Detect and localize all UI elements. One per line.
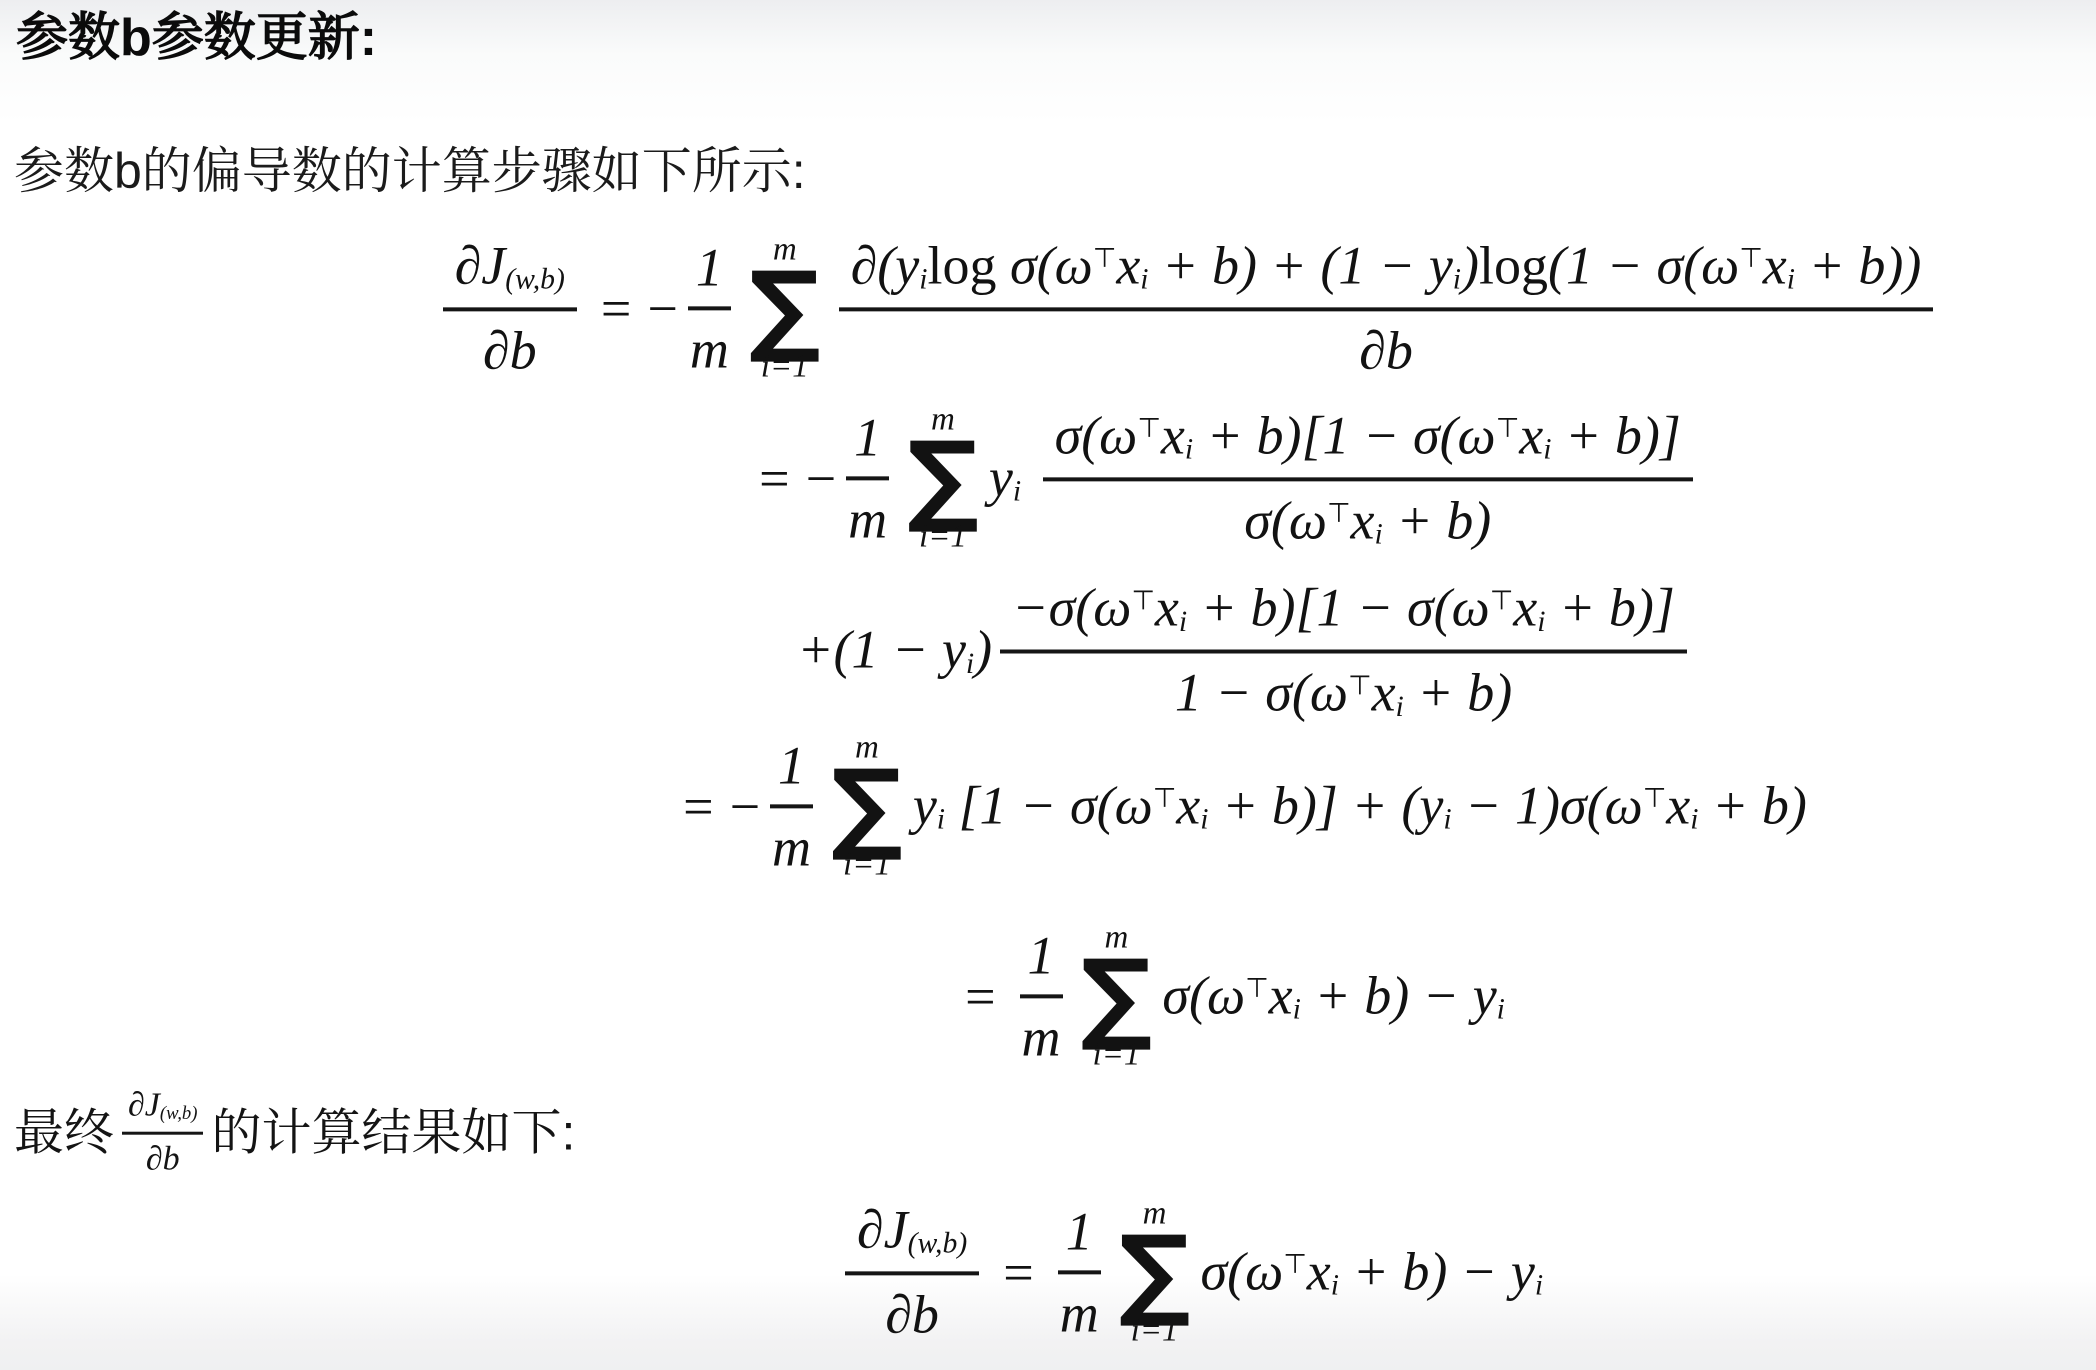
one-over-m-fraction: 1m — [1020, 924, 1063, 1068]
fraction-numerator: −σ(ω⊤xi + b)[1 − σ(ω⊤xi + b)] — [1000, 577, 1687, 654]
log-operator: log — [1479, 236, 1548, 296]
sigmoid-ratio-fraction: −σ(ω⊤xi + b)[1 − σ(ω⊤xi + b)]1 − σ(ω⊤xi … — [1000, 577, 1687, 724]
fraction-numerator: 1 — [688, 236, 731, 310]
summation-lower-limit: i=1 — [919, 519, 967, 554]
simplified-expression: yi [1 − σ(ω⊤xi + b)] + (yi − 1)σ(ω⊤xi + … — [913, 775, 1807, 838]
equation-line-2: = − 1m m∑i=1 yi σ(ω⊤xi + b)[1 − σ(ω⊤xi +… — [174, 402, 2096, 553]
lhs-derivative-fraction: ∂J(w,b)∂b — [443, 235, 577, 382]
summation-lower-limit: i=1 — [1131, 1313, 1179, 1348]
fraction-denominator: 1 − σ(ω⊤xi + b) — [1175, 653, 1512, 724]
math-text: ∂(yi — [851, 236, 928, 296]
fraction-numerator: ∂J(w,b) — [845, 1199, 979, 1276]
equals-sign: = — [759, 447, 789, 509]
fraction-numerator: σ(ω⊤xi + b)[1 − σ(ω⊤xi + b)] — [1043, 405, 1693, 482]
one-over-m-fraction: 1m — [770, 734, 813, 878]
sigmoid-ratio-fraction: σ(ω⊤xi + b)[1 − σ(ω⊤xi + b)]σ(ω⊤xi + b) — [1043, 405, 1693, 552]
summation: m∑i=1 — [1119, 1196, 1191, 1347]
math-text: σ(ω⊤xi + b) + (1 − yi) — [997, 236, 1480, 296]
sigma-symbol: ∑ — [1119, 1231, 1191, 1313]
sigma-symbol: ∑ — [907, 437, 979, 519]
equation-line-4: = − 1m m∑i=1 yi [1 − σ(ω⊤xi + b)] + (yi … — [189, 730, 2096, 881]
final-note-line: 最终 ∂J(w,b)∂b 的计算结果如下: — [14, 1086, 575, 1181]
sigma-symbol: ∑ — [1081, 955, 1153, 1037]
equals-sign: = — [965, 965, 995, 1027]
one-over-m-fraction: 1m — [688, 236, 731, 380]
minus-sign: − — [730, 775, 760, 837]
fraction-numerator: 1 — [1058, 1200, 1101, 1274]
equals-sign: = — [1003, 1241, 1033, 1303]
fraction-denominator: m — [848, 480, 887, 550]
fraction-numerator: 1 — [1020, 924, 1063, 998]
inline-derivative-fraction: ∂J(w,b)∂b — [122, 1086, 203, 1181]
fraction-numerator: ∂J(w,b) — [443, 235, 577, 312]
fraction-denominator: m — [772, 808, 811, 878]
fraction-numerator: ∂J(w,b) — [122, 1086, 203, 1135]
minus-sign: − — [806, 447, 836, 509]
fraction-numerator: 1 — [846, 406, 889, 480]
slide-page: { "page": { "title": "参数b参数更新:", "intro"… — [0, 0, 2096, 1370]
fraction-denominator: m — [1022, 998, 1061, 1068]
summation: m∑i=1 — [749, 232, 821, 383]
equals-sign: = — [601, 277, 631, 339]
summation: m∑i=1 — [1081, 920, 1153, 1071]
note-suffix: 的计算结果如下: — [211, 1103, 575, 1163]
fraction-denominator: m — [690, 310, 729, 380]
partial-derivative-fraction: ∂(yilog σ(ω⊤xi + b) + (1 − yi)log(1 − σ(… — [839, 235, 1934, 382]
summation: m∑i=1 — [831, 730, 903, 881]
fraction-denominator: ∂b — [1359, 311, 1413, 381]
summation-lower-limit: i=1 — [761, 349, 809, 384]
one-minus-yi-term: +(1 − yi) — [797, 619, 992, 682]
final-equation: ∂J(w,b)∂b = 1m m∑i=1 σ(ω⊤xi + b) − yi — [142, 1196, 2096, 1347]
one-over-m-fraction: 1m — [846, 406, 889, 550]
fraction-denominator: ∂b — [146, 1135, 180, 1181]
log-operator: log — [928, 236, 997, 296]
fraction-numerator: 1 — [770, 734, 813, 808]
intro-text: 参数b的偏导数的计算步骤如下所示: — [14, 140, 806, 203]
note-prefix: 最终 — [14, 1103, 114, 1163]
equation-line-1: ∂J(w,b)∂b = − 1m m∑i=1 ∂(yilog σ(ω⊤xi + … — [140, 232, 2096, 383]
sigma-symbol: ∑ — [749, 267, 821, 349]
result-expression: σ(ω⊤xi + b) − yi — [1162, 965, 1505, 1028]
lhs-derivative-fraction: ∂J(w,b)∂b — [845, 1199, 979, 1346]
minus-sign: − — [647, 277, 677, 339]
fraction-denominator: ∂b — [483, 311, 537, 381]
fraction-denominator: σ(ω⊤xi + b) — [1244, 481, 1491, 552]
equation-line-5: = 1m m∑i=1 σ(ω⊤xi + b) − yi — [179, 920, 2096, 1071]
summation-lower-limit: i=1 — [1092, 1037, 1140, 1072]
fraction-denominator: m — [1060, 1274, 1099, 1344]
sigma-symbol: ∑ — [831, 765, 903, 847]
page-title: 参数b参数更新: — [16, 6, 377, 71]
fraction-denominator: ∂b — [885, 1275, 939, 1345]
y-i-term: yi — [989, 447, 1035, 510]
equals-sign: = — [683, 775, 713, 837]
one-over-m-fraction: 1m — [1058, 1200, 1101, 1344]
equation-line-3: +(1 − yi) −σ(ω⊤xi + b)[1 − σ(ω⊤xi + b)]1… — [198, 577, 2096, 724]
result-expression: σ(ω⊤xi + b) − yi — [1200, 1241, 1543, 1304]
summation-lower-limit: i=1 — [843, 847, 891, 882]
summation: m∑i=1 — [907, 402, 979, 553]
fraction-numerator: ∂(yilog σ(ω⊤xi + b) + (1 − yi)log(1 − σ(… — [839, 235, 1934, 312]
math-text: (1 − σ(ω⊤xi + b)) — [1548, 236, 1921, 296]
